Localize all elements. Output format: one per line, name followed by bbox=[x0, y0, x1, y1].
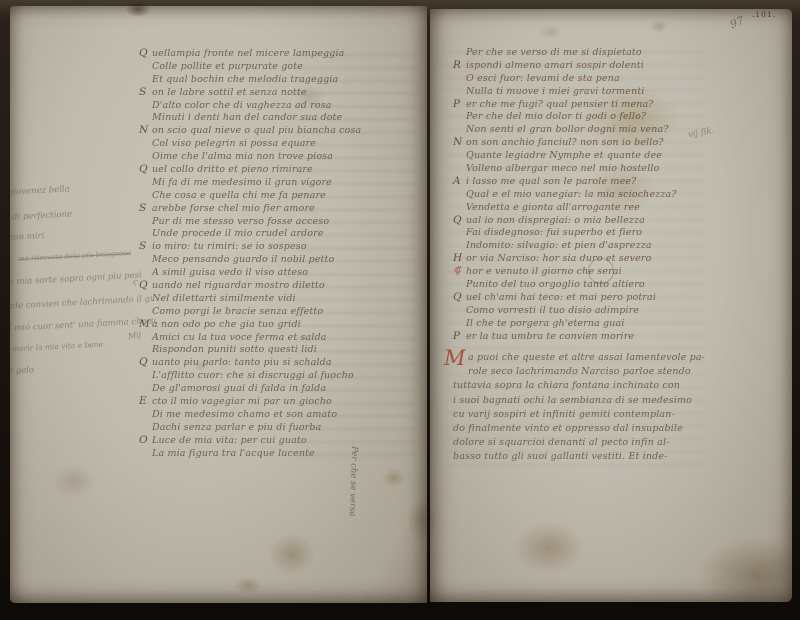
verse-line: Non son anchio fanciul? non son io bello… bbox=[453, 137, 753, 150]
verse-line: Colle pollite et purpurate gote bbox=[139, 61, 414, 74]
verse-line: Vendetta e gionta all'arrogante ree bbox=[453, 202, 753, 215]
verse-text: Amici cu la tua voce ferma et salda bbox=[152, 332, 327, 343]
verse-text: Unde procede il mio crudel ardore bbox=[152, 228, 324, 239]
verse-line: Non scio qual nieve o qual piu biancha c… bbox=[139, 125, 414, 138]
verse-text: on son anchio fanciul? non son io bello? bbox=[466, 137, 664, 148]
verse-text: Rispondan puniti sotto questi lidi bbox=[152, 344, 317, 355]
verse-line: Amici cu la tua voce ferma et salda bbox=[139, 332, 414, 345]
verse-text: io miro: tu rimiri: se io sospeso bbox=[152, 241, 307, 252]
verse-initial: R bbox=[453, 59, 461, 72]
verse-text: Colle pollite et purpurate gote bbox=[152, 61, 303, 72]
verse-text: Mi fa di me medesimo il gran vigore bbox=[152, 177, 332, 188]
prose-line: cu varij sospiri et infiniti gemiti cont… bbox=[453, 408, 743, 422]
verse-line: De gl'amorosi guai di falda in falda bbox=[139, 383, 414, 396]
manuscript-photo: giovenez belladi perfectionenon mirima r… bbox=[0, 0, 800, 620]
verse-initial: O bbox=[139, 434, 148, 447]
verse-text: or via Narciso: hor sia duro et severo bbox=[466, 253, 651, 264]
right-page: 97 .101. vij ſik. Per che se verso di me… bbox=[430, 9, 792, 602]
margin-note: e gelo bbox=[10, 365, 34, 376]
prose-line: i suoi bagnati ochi la sembianza di se m… bbox=[453, 394, 743, 408]
verse-line: Unde procede il mio crudel ardore bbox=[139, 228, 414, 241]
verse-initial: S bbox=[139, 240, 146, 253]
verse-text: Oime che l'alma mia non trove piosa bbox=[152, 151, 333, 162]
verse-text: Minuti i denti han del candor sua dote bbox=[152, 112, 342, 123]
verse-line: Quante legiadre Nymphe et quante dee bbox=[453, 150, 753, 163]
verse-line: Minuti i denti han del candor sua dote bbox=[139, 112, 414, 125]
verse-line: Quando nel riguardar mostro diletto bbox=[139, 280, 414, 293]
verse-text: La mia figura tra l'acque lucente bbox=[152, 448, 315, 459]
verse-line: Ai lasso me qual son le parole mee? bbox=[453, 176, 753, 189]
verse-line: D'alto color che di vaghezza ad rosa bbox=[139, 100, 414, 113]
verse-text: i lasso me qual son le parole mee? bbox=[466, 176, 636, 187]
verse-line: ⸿hor e venuto il giorno che serai bbox=[453, 266, 753, 279]
verse-text: L'afflitto cuor: che si discruggi al fuo… bbox=[152, 370, 354, 381]
verse-initial: P bbox=[453, 330, 460, 343]
margin-note: la mia sorte sopra ogni piu pesi bbox=[10, 270, 142, 287]
verse-line: Qual e el mio vanegiar: la mia sciochezz… bbox=[453, 189, 753, 202]
verse-text: uando nel riguardar mostro diletto bbox=[152, 280, 325, 291]
verse-text: ual io non dispregiai: o mia bellezza bbox=[466, 215, 645, 226]
verse-line: L'afflitto cuor: che si discruggi al fuo… bbox=[139, 370, 414, 383]
verse-line: La mia figura tra l'acque lucente bbox=[139, 448, 414, 461]
verse-text: Volleno albergar meco nel mio hostello bbox=[466, 163, 659, 174]
verse-text: hor e venuto il giorno che serai bbox=[466, 266, 622, 277]
verse-line: Volleno albergar meco nel mio hostello bbox=[453, 163, 753, 176]
verse-line: Quanto piu parlo: tanto piu si schalda bbox=[139, 357, 414, 370]
verse-text: Luce de mia vita: per cui guato bbox=[152, 435, 307, 446]
verse-initial: H bbox=[453, 252, 462, 265]
verse-text: Di me medesimo chamo et son amato bbox=[152, 409, 337, 420]
margin-note: giovenez bella bbox=[10, 184, 70, 197]
folio-number-ink: .101. bbox=[752, 10, 776, 19]
verse-text: arebbe forse chel mio fier amore bbox=[152, 203, 315, 214]
verse-text: Et qual bochin che melodia trageggia bbox=[152, 74, 338, 85]
verse-text: Pur di me stesso verso fosse acceso bbox=[152, 216, 329, 227]
verse-initial: A bbox=[453, 175, 461, 188]
verse-text: uanto piu parlo: tanto piu si schalda bbox=[152, 357, 332, 368]
verse-line: A simil guisa vedo il viso atteso bbox=[139, 267, 414, 280]
verse-line: Per che se verso di me si dispietato bbox=[453, 47, 753, 60]
verse-initial: Q bbox=[139, 356, 148, 369]
prose-line: role seco lachrimando Narciso parloe ste… bbox=[453, 365, 743, 379]
verse-text: De gl'amorosi guai di falda in falda bbox=[152, 383, 326, 394]
folio-number-pencil: 97 bbox=[728, 15, 745, 30]
verse-initial: ⸿ bbox=[453, 265, 461, 278]
verse-text: Punito del tuo orgoglio tanto altiero bbox=[466, 279, 645, 290]
verse-line: Non senti el gran bollor dogni mia vena? bbox=[453, 124, 753, 137]
verse-line: Fai disdegnoso: fui superbo et fiero bbox=[453, 227, 753, 240]
edge-mark: ς bbox=[132, 278, 138, 287]
verse-text: ispondi almeno amari sospir dolenti bbox=[466, 60, 644, 71]
verse-line: Rispondan puniti sotto questi lidi bbox=[139, 344, 414, 357]
verse-initial: M bbox=[139, 318, 150, 331]
verse-text: Nulla ti muove i miei gravi tormenti bbox=[466, 86, 645, 97]
verse-initial: Q bbox=[453, 291, 462, 304]
prose-line: do finalmente vinto et oppresso dal insu… bbox=[453, 422, 743, 436]
prose-paragraph: M a puoi che queste et altre assai lamen… bbox=[453, 351, 743, 465]
verse-line: Che cosa e quella chi me fa penare bbox=[139, 190, 414, 203]
verse-line: Col viso pelegrin si possa equare bbox=[139, 138, 414, 151]
verse-text: Qual e el mio vanegiar: la mia sciochezz… bbox=[466, 189, 677, 200]
verse-text: Non senti el gran bollor dogni mia vena? bbox=[466, 124, 669, 135]
verse-initial: Q bbox=[139, 163, 148, 176]
prose-lines: a puoi che queste et altre assai lamente… bbox=[453, 351, 743, 465]
verse-text: on scio qual nieve o qual piu biancha co… bbox=[152, 125, 361, 136]
verse-line: Mi fa di me medesimo il gran vigore bbox=[139, 177, 414, 190]
verse-line: Per che me fugi? qual pensier ti mena? bbox=[453, 99, 753, 112]
margin-note: onde convien che lachrimando il gril bbox=[10, 294, 152, 312]
verse-line: Sio miro: tu rimiri: se io sospeso bbox=[139, 241, 414, 254]
verse-text: Dachi senza parlar e piu di fuorba bbox=[152, 422, 321, 433]
verse-text: Vendetta e gionta all'arrogante ree bbox=[466, 202, 640, 213]
verse-line: Nulla ti muove i miei gravi tormenti bbox=[453, 86, 753, 99]
verse-line: Como porgi le bracie senza effetto bbox=[139, 306, 414, 319]
left-text-column: Quellampia fronte nel micere lampeggiaCo… bbox=[139, 48, 414, 461]
right-text-column: Per che se verso di me si dispietatoRisp… bbox=[453, 47, 753, 343]
verse-text: D'alto color che di vaghezza ad rosa bbox=[152, 100, 332, 111]
verse-line: Per che del mio dolor ti godi o fello? bbox=[453, 111, 753, 124]
verse-line: Per la tua umbra te convien morire bbox=[453, 331, 753, 344]
verse-line: Quel ch'ami hai teco: et mai pero potrai bbox=[453, 292, 753, 305]
verse-text: Fai disdegnoso: fui superbo et fiero bbox=[466, 227, 642, 238]
left-page: giovenez belladi perfectionenon mirima r… bbox=[10, 6, 427, 603]
verse-text: Nel dilettarti similmente vidi bbox=[152, 293, 296, 304]
verse-text: a non odo po che gia tuo gridi bbox=[152, 319, 301, 330]
prose-line: a puoi che queste et altre assai lamente… bbox=[453, 351, 743, 365]
verse-text: Il che te porgera gh'eterna guai bbox=[466, 318, 625, 329]
verse-line: Quellampia fronte nel micere lampeggia bbox=[139, 48, 414, 61]
verse-line: Quel collo dritto et pieno rimirare bbox=[139, 164, 414, 177]
verse-initial: Q bbox=[139, 47, 148, 60]
verse-line: Dachi senza parlar e piu di fuorba bbox=[139, 422, 414, 435]
verse-line: Ma non odo po che gia tuo gridi bbox=[139, 319, 414, 332]
verse-line: Hor via Narciso: hor sia duro et severo bbox=[453, 253, 753, 266]
verse-text: Como porgi le bracie senza effetto bbox=[152, 306, 323, 317]
verse-line: Punito del tuo orgoglio tanto altiero bbox=[453, 279, 753, 292]
verse-text: A simil guisa vedo il viso atteso bbox=[152, 267, 308, 278]
verse-text: Meco pensando guardo il nobil petto bbox=[152, 254, 334, 265]
verse-initial: Q bbox=[453, 214, 462, 227]
verse-text: Indomito: silvagio: et pien d'asprezza bbox=[466, 240, 652, 251]
verse-text: Col viso pelegrin si possa equare bbox=[152, 138, 316, 149]
margin-note: non miri bbox=[10, 231, 45, 243]
verse-initial: S bbox=[139, 86, 146, 99]
verse-line: Nel dilettarti similmente vidi bbox=[139, 293, 414, 306]
verse-initial: S bbox=[139, 202, 146, 215]
verse-line: Il che te porgera gh'eterna guai bbox=[453, 318, 753, 331]
margin-note: di perfectione bbox=[12, 209, 73, 222]
verse-text: Per che del mio dolor ti godi o fello? bbox=[466, 111, 646, 122]
catchword-vertical: Per che se versa bbox=[347, 446, 360, 518]
prose-line: tuttavia sopra la chiara fontana inchina… bbox=[453, 379, 743, 393]
verse-text: Como vorresti il tuo disio adimpire bbox=[466, 305, 639, 316]
verse-text: er la tua umbra te convien morire bbox=[466, 331, 634, 342]
verse-text: Quante legiadre Nymphe et quante dee bbox=[466, 150, 662, 161]
verse-line: Pur di me stesso verso fosse acceso bbox=[139, 216, 414, 229]
verse-text: Che cosa e quella chi me fa penare bbox=[152, 190, 326, 201]
verse-line: Di me medesimo chamo et son amato bbox=[139, 409, 414, 422]
verse-initial: N bbox=[453, 136, 462, 149]
verse-text: uellampia fronte nel micere lampeggia bbox=[152, 48, 344, 59]
verse-text: Per che se verso di me si dispietato bbox=[466, 47, 642, 58]
margin-note: morir la mia vita e bene bbox=[12, 340, 103, 355]
verse-text: on le labre sottil et senza notte bbox=[152, 87, 307, 98]
prose-line: dolore si squarcioi denanti al pecto inf… bbox=[453, 436, 743, 450]
verse-text: uel ch'ami hai teco: et mai pero potrai bbox=[466, 292, 656, 303]
verse-text: O esci fuor: levami de sta pena bbox=[466, 73, 620, 84]
verse-initial: E bbox=[139, 395, 147, 408]
verse-line: Qual io non dispregiai: o mia bellezza bbox=[453, 215, 753, 228]
verse-line: Sarebbe forse chel mio fier amore bbox=[139, 203, 414, 216]
verse-initial: Q bbox=[139, 279, 148, 292]
verse-line: Como vorresti il tuo disio adimpire bbox=[453, 305, 753, 318]
verse-line: OLuce de mia vita: per cui guato bbox=[139, 435, 414, 448]
verse-line: Ecto il mio vagegiar mi par un giocho bbox=[139, 396, 414, 409]
verse-initial: P bbox=[453, 98, 460, 111]
verse-text: uel collo dritto et pieno rimirare bbox=[152, 164, 313, 175]
verse-line: Son le labre sottil et senza notte bbox=[139, 87, 414, 100]
verse-text: er che me fugi? qual pensier ti mena? bbox=[466, 99, 654, 110]
verse-text: cto il mio vagegiar mi par un giocho bbox=[152, 396, 332, 407]
prose-line: basso tutto gli suoi gallanti vestiti. E… bbox=[453, 450, 743, 464]
verse-line: Oime che l'alma mia non trove piosa bbox=[139, 151, 414, 164]
verse-line: Rispondi almeno amari sospir dolenti bbox=[453, 60, 753, 73]
verse-line: Et qual bochin che melodia trageggia bbox=[139, 74, 414, 87]
verse-line: Meco pensando guardo il nobil petto bbox=[139, 254, 414, 267]
verse-line: O esci fuor: levami de sta pena bbox=[453, 73, 753, 86]
verse-line: Indomito: silvagio: et pien d'asprezza bbox=[453, 240, 753, 253]
verse-initial: N bbox=[139, 124, 148, 137]
margin-note: ma ritrovata data piu bisognosa bbox=[18, 248, 132, 264]
